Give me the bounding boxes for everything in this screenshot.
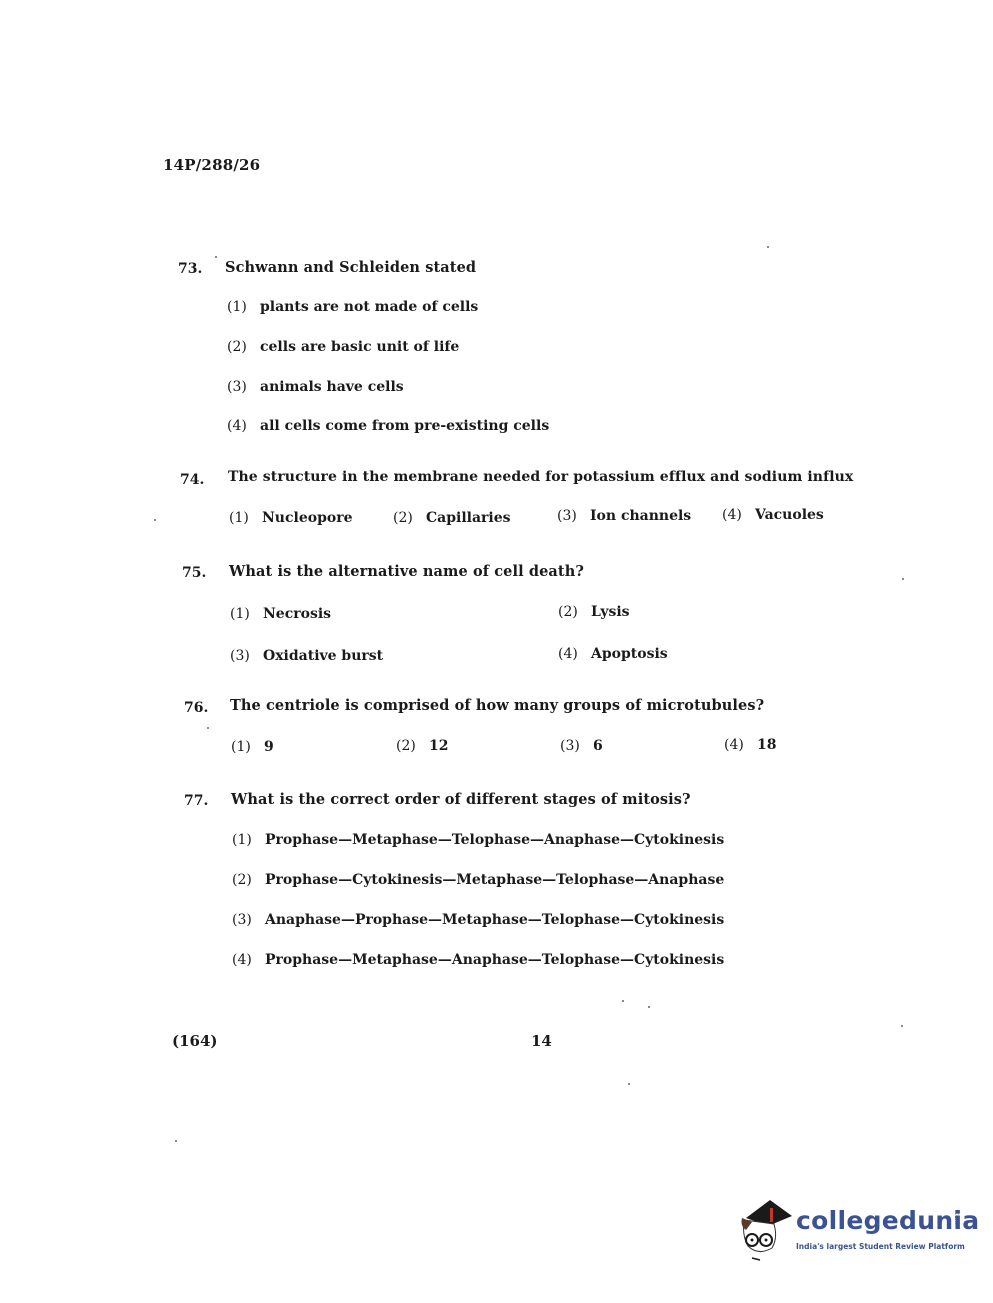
option-3: (3)Ion channels xyxy=(557,508,691,524)
option-1: (1)9 xyxy=(231,739,274,755)
question-number: 73. xyxy=(178,261,202,277)
scan-speck xyxy=(622,1000,624,1002)
scan-speck xyxy=(207,727,209,729)
footer-code: (164) xyxy=(172,1032,218,1050)
option-3: (3)Anaphase—Prophase—Metaphase—Telophase… xyxy=(232,912,724,928)
scan-speck xyxy=(628,1083,630,1085)
option-4: (4)18 xyxy=(724,737,776,753)
scan-speck xyxy=(215,256,217,258)
mascot-icon xyxy=(738,1196,794,1264)
scan-speck xyxy=(154,519,156,521)
option-4: (4)Prophase—Metaphase—Anaphase—Telophase… xyxy=(232,952,724,968)
option-3: (3)Oxidative burst xyxy=(230,648,383,664)
page-number: 14 xyxy=(531,1032,552,1050)
collegedunia-logo: collegedunia .com India's largest Studen… xyxy=(738,1196,963,1268)
question-text: Schwann and Schleiden stated xyxy=(225,259,476,276)
option-2: (2)Lysis xyxy=(558,604,630,620)
option-3: (3)6 xyxy=(560,738,603,754)
option-2: (2)Capillaries xyxy=(393,510,511,526)
option-1: (1)Nucleopore xyxy=(229,510,352,526)
option-4: (4)all cells come from pre-existing cell… xyxy=(227,418,549,434)
scan-speck xyxy=(767,246,769,248)
option-3: (3)animals have cells xyxy=(227,379,404,395)
question-text: The centriole is comprised of how many g… xyxy=(230,697,764,714)
question-text: The structure in the membrane needed for… xyxy=(228,469,853,485)
option-4: (4)Vacuoles xyxy=(722,507,824,523)
scan-speck xyxy=(901,1025,903,1027)
brand-name: collegedunia xyxy=(796,1206,979,1235)
option-2: (2)12 xyxy=(396,738,448,754)
question-number: 74. xyxy=(180,472,204,488)
option-2: (2)cells are basic unit of life xyxy=(227,339,459,355)
question-number: 76. xyxy=(184,700,208,716)
option-1: (1)Necrosis xyxy=(230,606,331,622)
question-number: 77. xyxy=(184,793,208,809)
scan-speck xyxy=(648,1006,650,1008)
scan-speck xyxy=(902,578,904,580)
brand-tagline: India's largest Student Review Platform xyxy=(796,1242,965,1251)
question-text: What is the alternative name of cell dea… xyxy=(229,563,584,580)
option-2: (2)Prophase—Cytokinesis—Metaphase—Teloph… xyxy=(232,872,724,888)
scan-speck xyxy=(175,1140,177,1142)
question-text: What is the correct order of different s… xyxy=(231,791,691,808)
option-1: (1)Prophase—Metaphase—Telophase—Anaphase… xyxy=(232,832,724,848)
question-number: 75. xyxy=(182,565,206,581)
option-1: (1)plants are not made of cells xyxy=(227,299,478,315)
brand-domain: .com xyxy=(953,1210,960,1225)
option-4: (4)Apoptosis xyxy=(558,646,668,662)
paper-code: 14P/288/26 xyxy=(163,156,260,174)
